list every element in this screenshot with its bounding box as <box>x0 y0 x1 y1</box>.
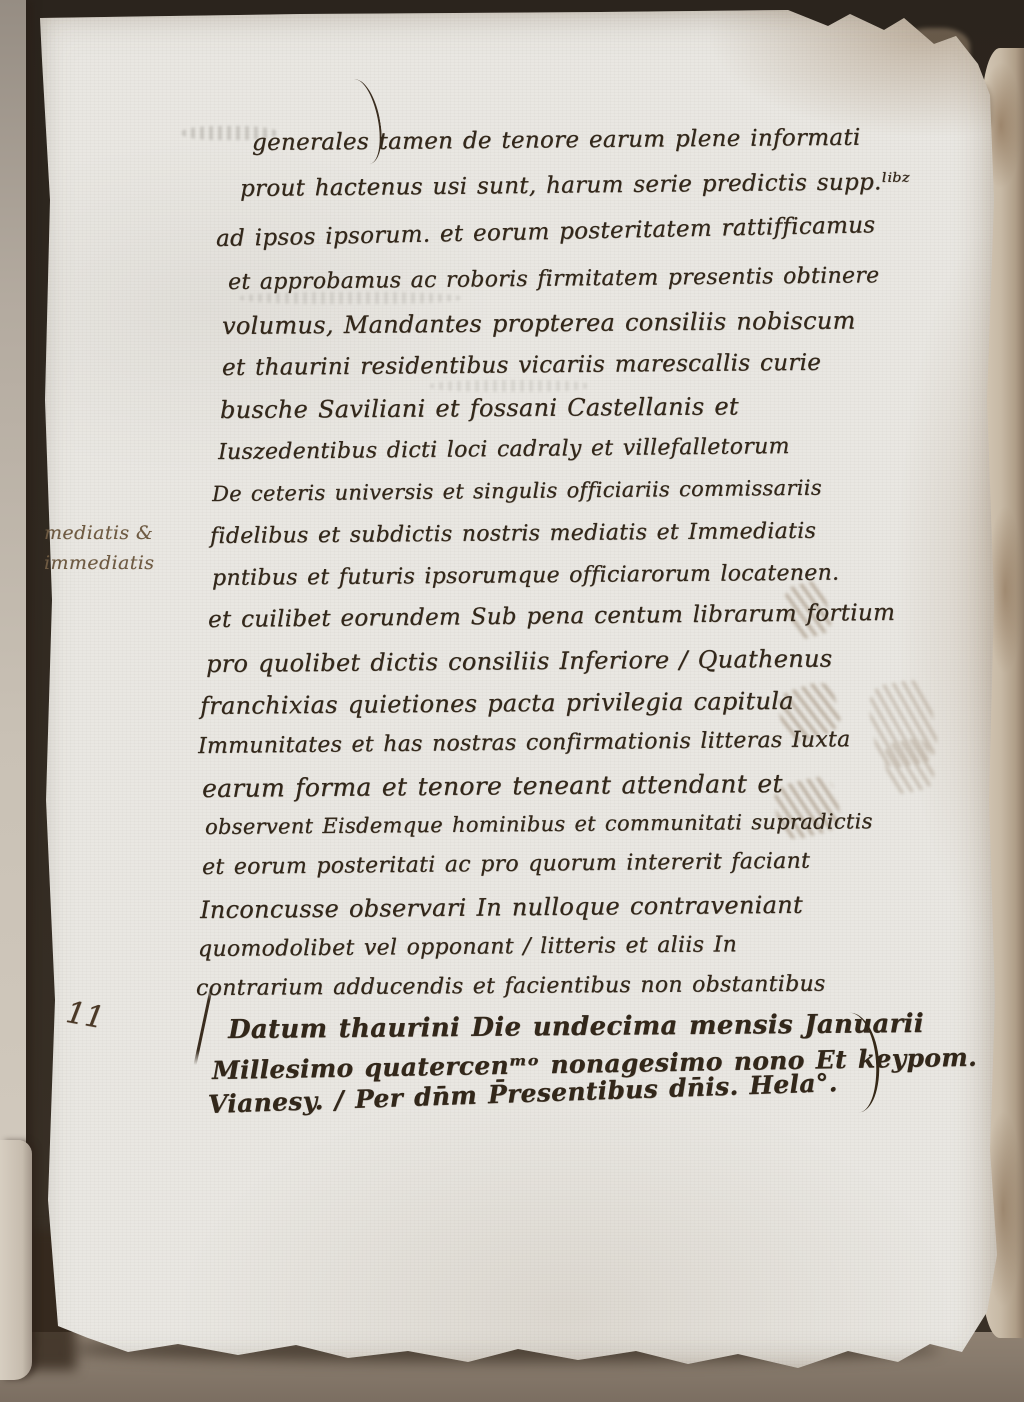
show-through-text <box>182 126 277 140</box>
margin-note-line-2: immediatis <box>44 552 154 574</box>
margin-note-line-1: mediatis & <box>44 522 153 544</box>
previous-leaf-corner <box>0 1140 32 1380</box>
margin-number: 11 <box>63 995 107 1036</box>
show-through-text <box>430 380 590 392</box>
manuscript-page <box>26 6 1008 1380</box>
show-through-text <box>240 292 460 304</box>
manuscript-scan: mediatis & immediatis 11 generales tamen… <box>0 0 1024 1402</box>
